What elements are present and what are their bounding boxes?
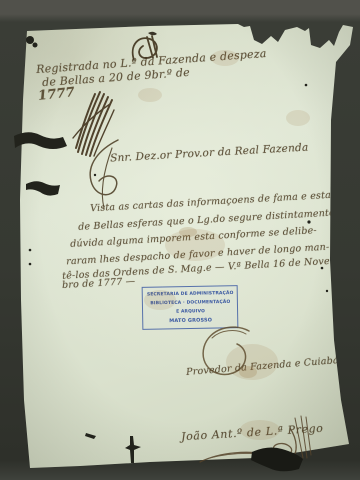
handwritten-year: 1777 <box>37 85 75 104</box>
scan-background: { "manuscript": { "registration_note": {… <box>0 0 360 480</box>
stamp-line: SECRETARIA DE ADMINISTRAÇÃO <box>143 290 238 297</box>
stamp-line: E ARQUIVO <box>143 308 238 315</box>
archive-stamp: SECRETARIA DE ADMINISTRAÇÃO BIBLIOTECA ·… <box>142 285 239 330</box>
scanned-document: Registrada no L.º da Fazenda e despeza d… <box>0 0 360 480</box>
salutation-line: Snr. Dez.or Prov.or da Real Fazenda <box>110 141 309 164</box>
stamp-line: MATO GROSSO <box>143 317 238 324</box>
archive-stamp-text: SECRETARIA DE ADMINISTRAÇÃO BIBLIOTECA ·… <box>143 286 239 328</box>
office-line: Provedor da Fazenda e Cuiabá <box>186 355 339 378</box>
signature-line: João Ant.º de L.ª Prego <box>181 422 324 444</box>
stamp-line: BIBLIOTECA · DOCUMENTAÇÃO <box>143 299 238 306</box>
document-page: Registrada no L.º da Fazenda e despeza d… <box>0 0 360 480</box>
